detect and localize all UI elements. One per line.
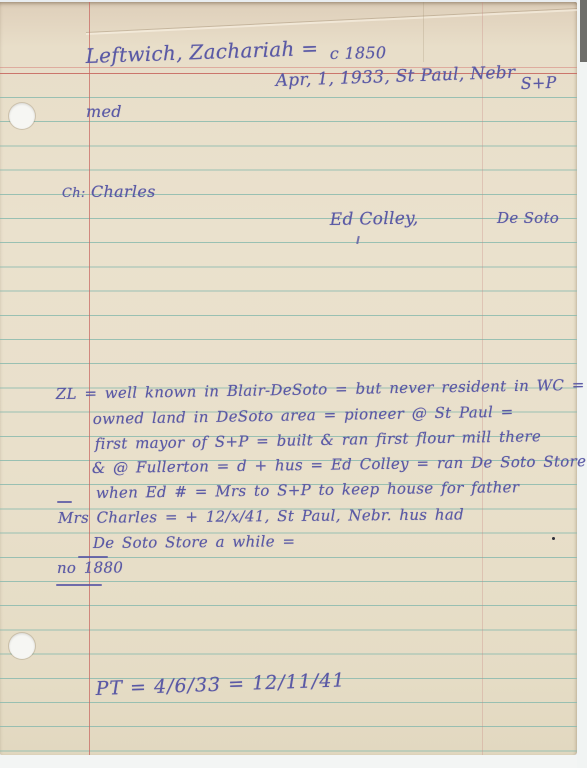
note-line: no 1880	[57, 558, 123, 577]
ink-underline	[78, 556, 108, 558]
handwritten-place-abbrev: S+P	[520, 73, 557, 93]
punch-hole-bottom	[9, 633, 35, 659]
ink-dot	[552, 537, 555, 540]
paper-crease-vertical	[423, 2, 424, 62]
scan-corner-sliver	[580, 0, 587, 62]
handwritten-circa-date: c 1850	[330, 43, 387, 63]
place-name: De Soto	[497, 209, 559, 227]
scan-edge-bottom	[0, 755, 577, 768]
associate-name: Ed Colley,	[330, 208, 419, 230]
ink-underline	[56, 584, 102, 586]
ink-underline	[57, 501, 72, 503]
children-label: Ch:	[62, 186, 86, 201]
punch-hole-top	[9, 103, 35, 129]
note-line: Mrs Charles = + 12/x/41, St Paul, Nebr. …	[58, 505, 464, 527]
handwritten-med: med	[86, 102, 122, 121]
child-name: Charles	[91, 182, 156, 201]
scanned-note-screenshot: { "document": { "kind": "handwritten gen…	[0, 0, 587, 768]
note-line: De Soto Store a while =	[93, 532, 296, 552]
children-line: Ch: Charles	[62, 182, 156, 201]
